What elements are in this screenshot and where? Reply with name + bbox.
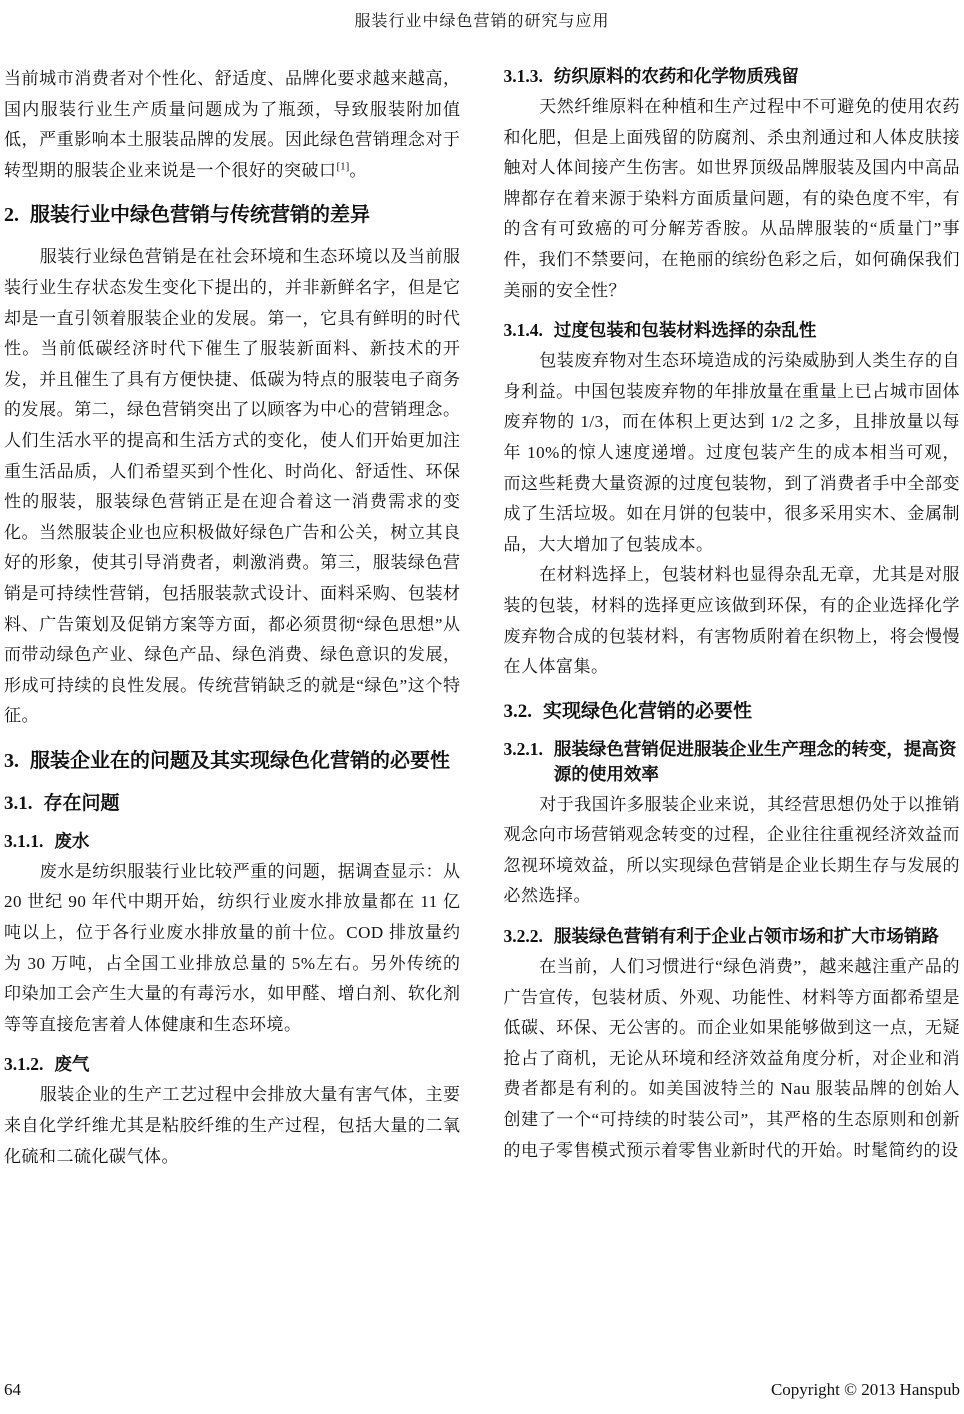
paragraph-intro-tail: 。	[349, 161, 367, 180]
paragraph-3-1-1: 废水是纺织服装行业比较严重的问题，据调查显示：从 20 世纪 90 年代中期开始…	[4, 857, 461, 1041]
left-column: 当前城市消费者对个性化、舒适度、品牌化要求越来越高，国内服装行业生产质量问题成为…	[4, 64, 461, 1172]
two-column-body: 当前城市消费者对个性化、舒适度、品牌化要求越来越高，国内服装行业生产质量问题成为…	[4, 64, 960, 1172]
heading-3-2-1: 3.2.1. 服装绿色营销促进服装企业生产理念的转变，提高资源的使用效率	[504, 737, 961, 787]
paragraph-3-2-2: 在当前，人们习惯进行“绿色消费”，越来越注重产品的广告宣传，包装材质、外观、功能…	[504, 952, 961, 1166]
page-number: 64	[4, 1380, 21, 1400]
paragraph-3-1-4-a: 包装废弃物对生态环境造成的污染威胁到人类生存的自身利益。中国包装废弃物的年排放量…	[504, 346, 961, 560]
heading-3-1: 3.1. 存在问题	[4, 790, 461, 817]
heading-3-2-2-number: 3.2.2.	[504, 924, 543, 949]
heading-3-1-2-number: 3.1.2.	[4, 1052, 43, 1077]
citation-ref-1: [1]	[337, 160, 350, 172]
heading-3-2-2: 3.2.2. 服装绿色营销有利于企业占领市场和扩大市场销路	[504, 924, 961, 949]
heading-3-2-number: 3.2.	[504, 698, 533, 725]
heading-3-2: 3.2. 实现绿色化营销的必要性	[504, 698, 961, 725]
heading-section-3-number: 3.	[4, 747, 19, 775]
heading-3-1-4: 3.1.4. 过度包装和包装材料选择的杂乱性	[504, 318, 961, 343]
page-footer: 64 Copyright © 2013 Hanspub	[4, 1380, 960, 1400]
heading-3-1-title: 存在问题	[44, 790, 461, 817]
heading-section-2: 2. 服装行业中绿色营销与传统营销的差异	[4, 201, 461, 229]
copyright-notice: Copyright © 2013 Hanspub	[771, 1380, 960, 1400]
paragraph-intro-text: 当前城市消费者对个性化、舒适度、品牌化要求越来越高，国内服装行业生产质量问题成为…	[4, 69, 461, 180]
paragraph-3-2-1: 对于我国许多服装企业来说，其经营思想仍处于以推销观念向市场营销观念转变的过程，企…	[504, 790, 961, 912]
heading-3-1-number: 3.1.	[4, 790, 33, 817]
heading-3-1-1: 3.1.1. 废水	[4, 829, 461, 854]
heading-section-2-number: 2.	[4, 201, 19, 229]
heading-3-1-4-title: 过度包装和包装材料选择的杂乱性	[554, 318, 960, 343]
paragraph-section-2: 服装行业绿色营销是在社会环境和生态环境以及当前服装行业生存状态发生变化下提出的，…	[4, 242, 461, 732]
heading-3-2-2-title: 服装绿色营销有利于企业占领市场和扩大市场销路	[554, 924, 960, 949]
paragraph-3-1-3: 天然纤维原料在种植和生产过程中不可避免的使用农药和化肥，但是上面残留的防腐剂、杀…	[504, 92, 961, 306]
heading-3-1-1-number: 3.1.1.	[4, 829, 43, 854]
heading-section-3-title: 服装企业在的问题及其实现绿色化营销的必要性	[30, 747, 461, 775]
heading-3-1-1-title: 废水	[54, 829, 460, 854]
paragraph-3-1-2: 服装企业的生产工艺过程中会排放大量有害气体，主要来自化学纤维尤其是粘胶纤维的生产…	[4, 1080, 461, 1172]
heading-section-2-title: 服装行业中绿色营销与传统营销的差异	[30, 201, 461, 229]
heading-3-1-3: 3.1.3. 纺织原料的农药和化学物质残留	[504, 64, 961, 89]
paragraph-intro-continuation: 当前城市消费者对个性化、舒适度、品牌化要求越来越高，国内服装行业生产质量问题成为…	[4, 64, 461, 186]
heading-3-1-3-title: 纺织原料的农药和化学物质残留	[554, 64, 960, 89]
heading-section-3: 3. 服装企业在的问题及其实现绿色化营销的必要性	[4, 747, 461, 775]
heading-3-1-3-number: 3.1.3.	[504, 64, 543, 89]
heading-3-1-4-number: 3.1.4.	[504, 318, 543, 343]
heading-3-2-title: 实现绿色化营销的必要性	[543, 698, 960, 725]
heading-3-2-1-number: 3.2.1.	[504, 737, 543, 762]
paragraph-3-1-4-b: 在材料选择上，包装材料也显得杂乱无章，尤其是对服装的包装，材料的选择更应该做到环…	[504, 560, 961, 682]
right-column: 3.1.3. 纺织原料的农药和化学物质残留 天然纤维原料在种植和生产过程中不可避…	[504, 64, 961, 1172]
heading-3-1-2: 3.1.2. 废气	[4, 1052, 461, 1077]
paper-page: 服装行业中绿色营销的研究与应用 当前城市消费者对个性化、舒适度、品牌化要求越来越…	[0, 0, 964, 1414]
heading-3-1-2-title: 废气	[54, 1052, 460, 1077]
heading-3-2-1-title: 服装绿色营销促进服装企业生产理念的转变，提高资源的使用效率	[554, 737, 960, 787]
running-head-title: 服装行业中绿色营销的研究与应用	[4, 12, 960, 32]
